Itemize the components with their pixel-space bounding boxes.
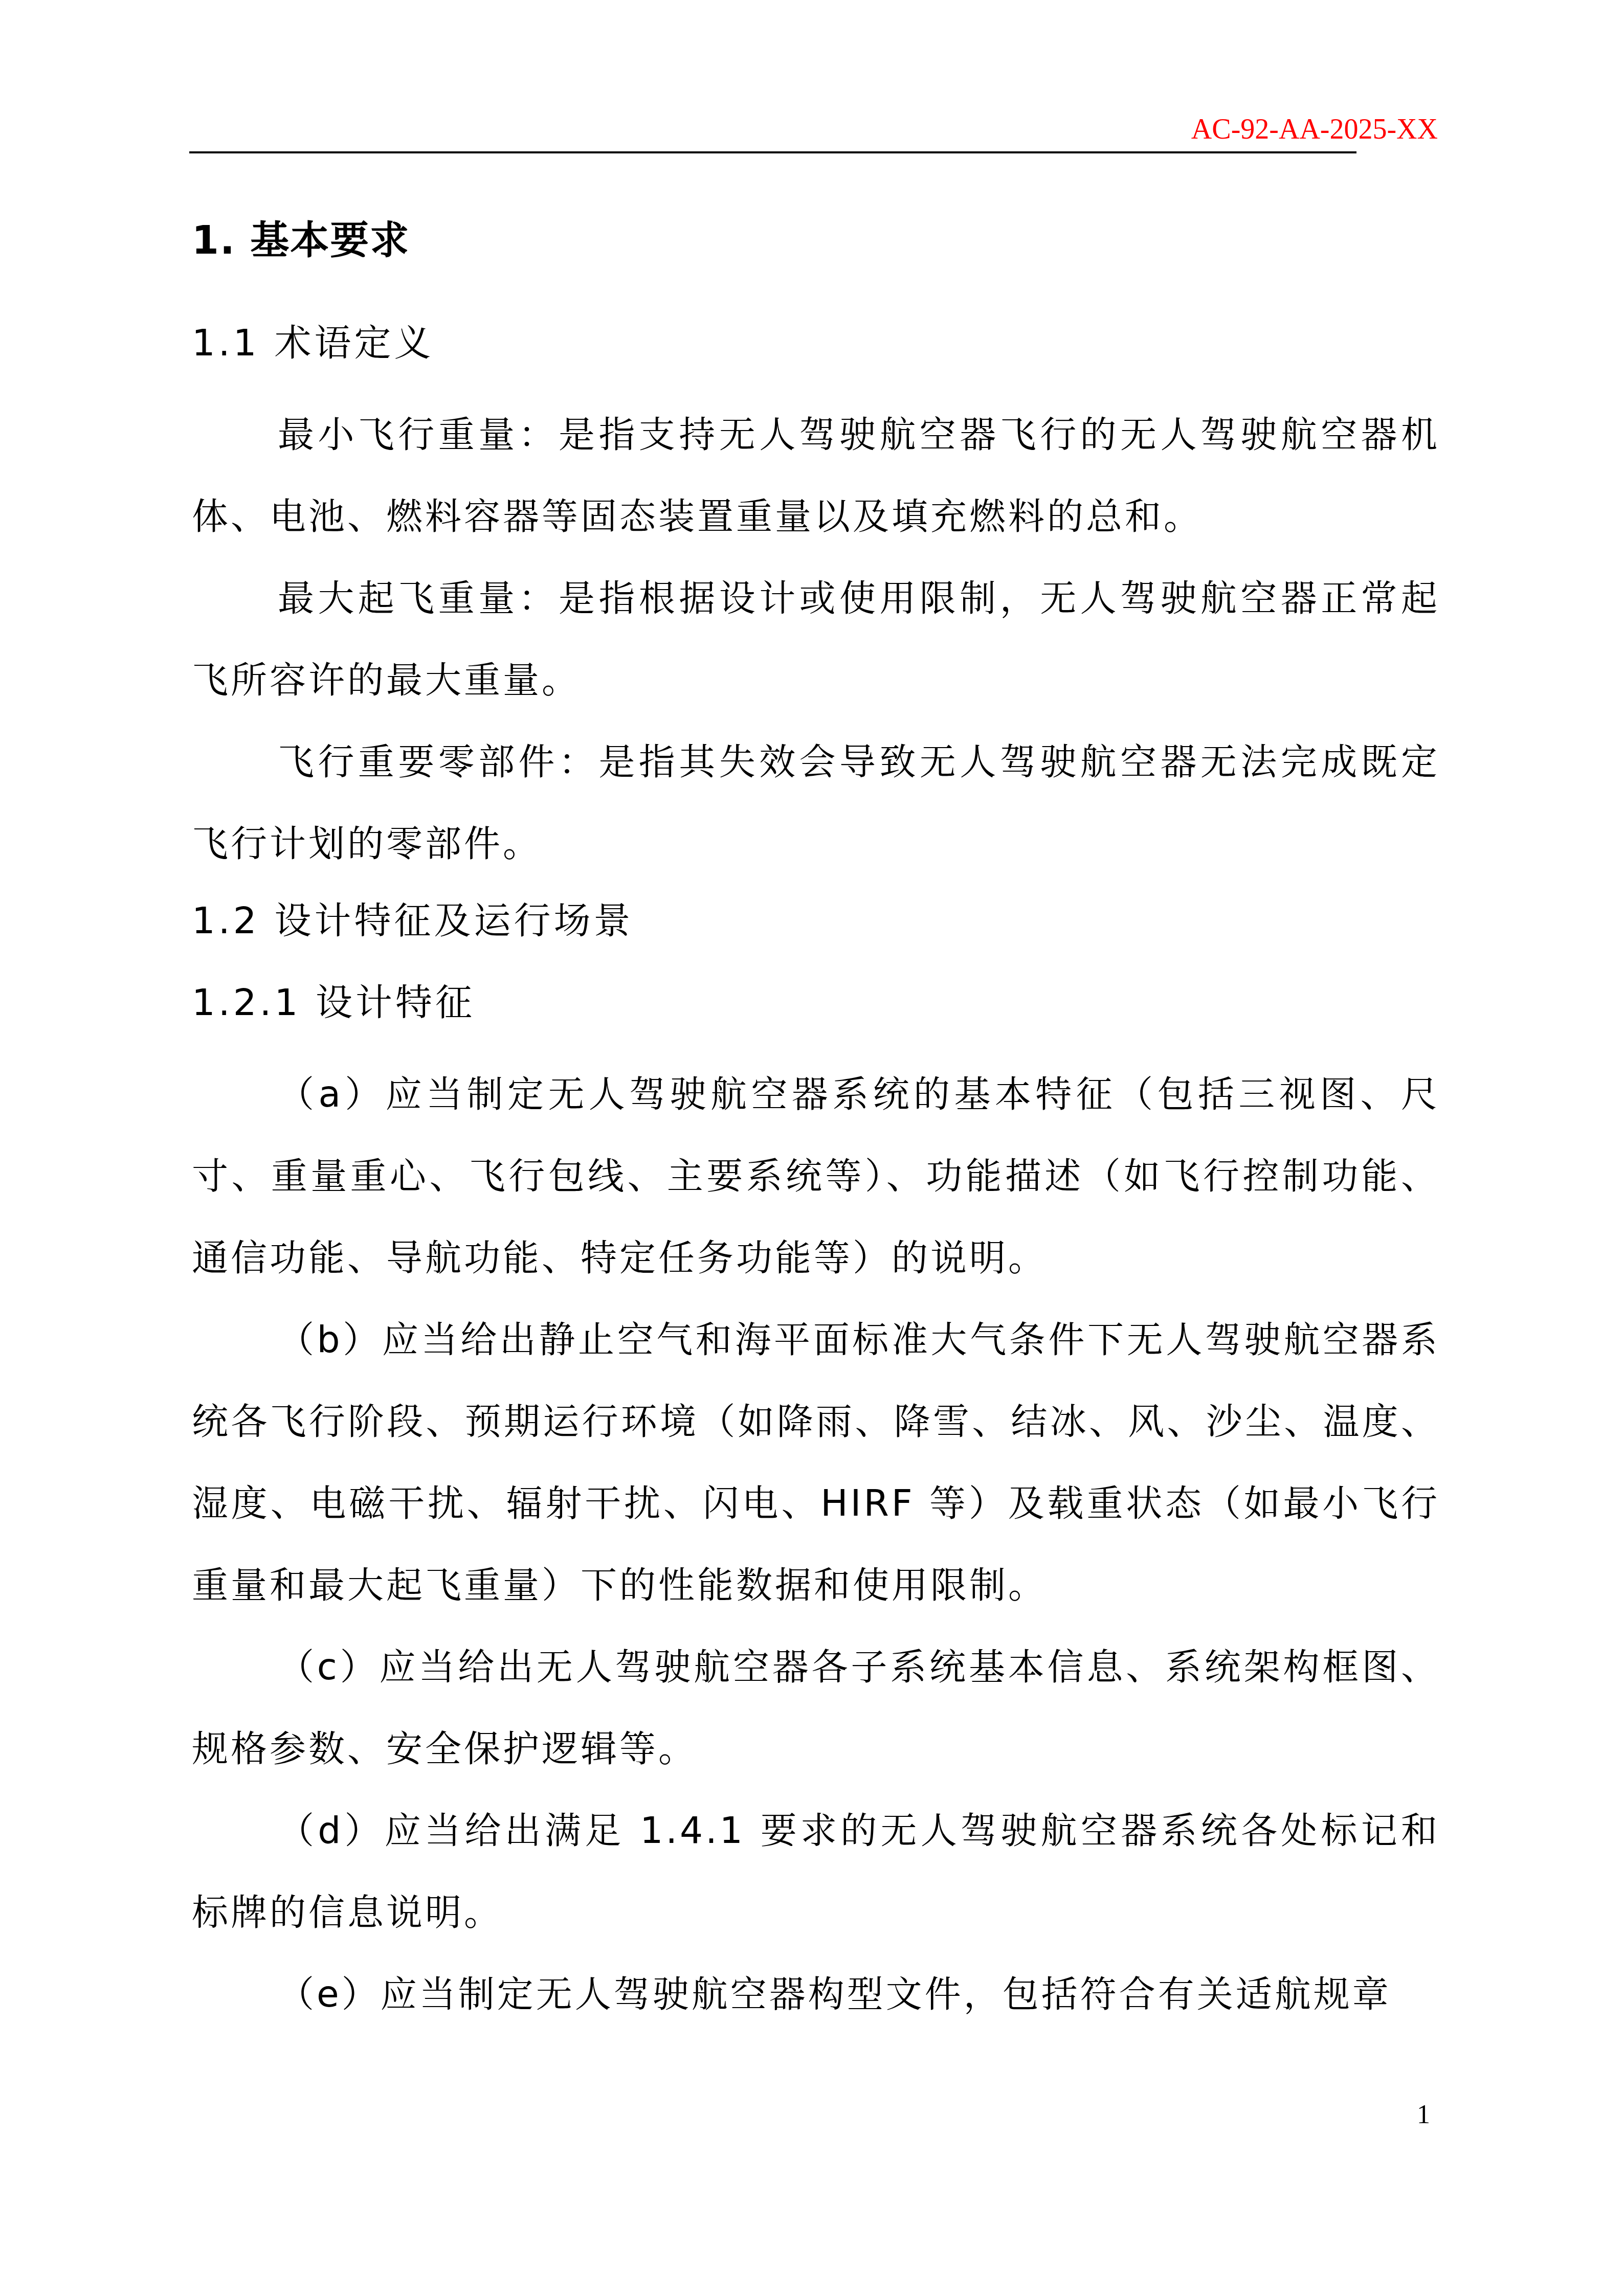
document-code: AC-92-AA-2025-XX: [1191, 115, 1438, 144]
section-heading-1-2: 1.2 设计特征及运行场景: [192, 895, 1440, 946]
section-heading-1-2-1: 1.2.1 设计特征: [192, 977, 1440, 1028]
definition-min-flight-weight: 最小飞行重量：是指支持无人驾驶航空器飞行的无人驾驶航空器机体、电池、燃料容器等固…: [192, 394, 1440, 557]
section-heading-1-1: 1.1 术语定义: [192, 317, 1440, 368]
header-divider: [189, 151, 1356, 153]
requirement-item-b: （b）应当给出静止空气和海平面标准大气条件下无人驾驶航空器系统各飞行阶段、预期运…: [192, 1299, 1440, 1626]
requirement-item-a: （a）应当制定无人驾驶航空器系统的基本特征（包括三视图、尺寸、重量重心、飞行包线…: [192, 1053, 1440, 1299]
definition-max-takeoff-weight: 最大起飞重量：是指根据设计或使用限制，无人驾驶航空器正常起飞所容许的最大重量。: [192, 557, 1440, 721]
requirement-item-d: （d）应当给出满足 1.4.1 要求的无人驾驶航空器系统各处标记和标牌的信息说明…: [192, 1790, 1440, 1953]
definition-critical-parts: 飞行重要零部件：是指其失效会导致无人驾驶航空器无法完成既定飞行计划的零部件。: [192, 721, 1440, 885]
requirement-item-c: （c）应当给出无人驾驶航空器各子系统基本信息、系统架构框图、规格参数、安全保护逻…: [192, 1626, 1440, 1790]
requirement-item-e: （e）应当制定无人驾驶航空器构型文件，包括符合有关适航规章: [192, 1953, 1440, 2035]
page-number: 1: [1417, 2102, 1430, 2128]
section-heading-1: 1. 基本要求: [192, 215, 1440, 266]
page-body: 1. 基本要求 1.1 术语定义 最小飞行重量：是指支持无人驾驶航空器飞行的无人…: [192, 215, 1440, 2035]
